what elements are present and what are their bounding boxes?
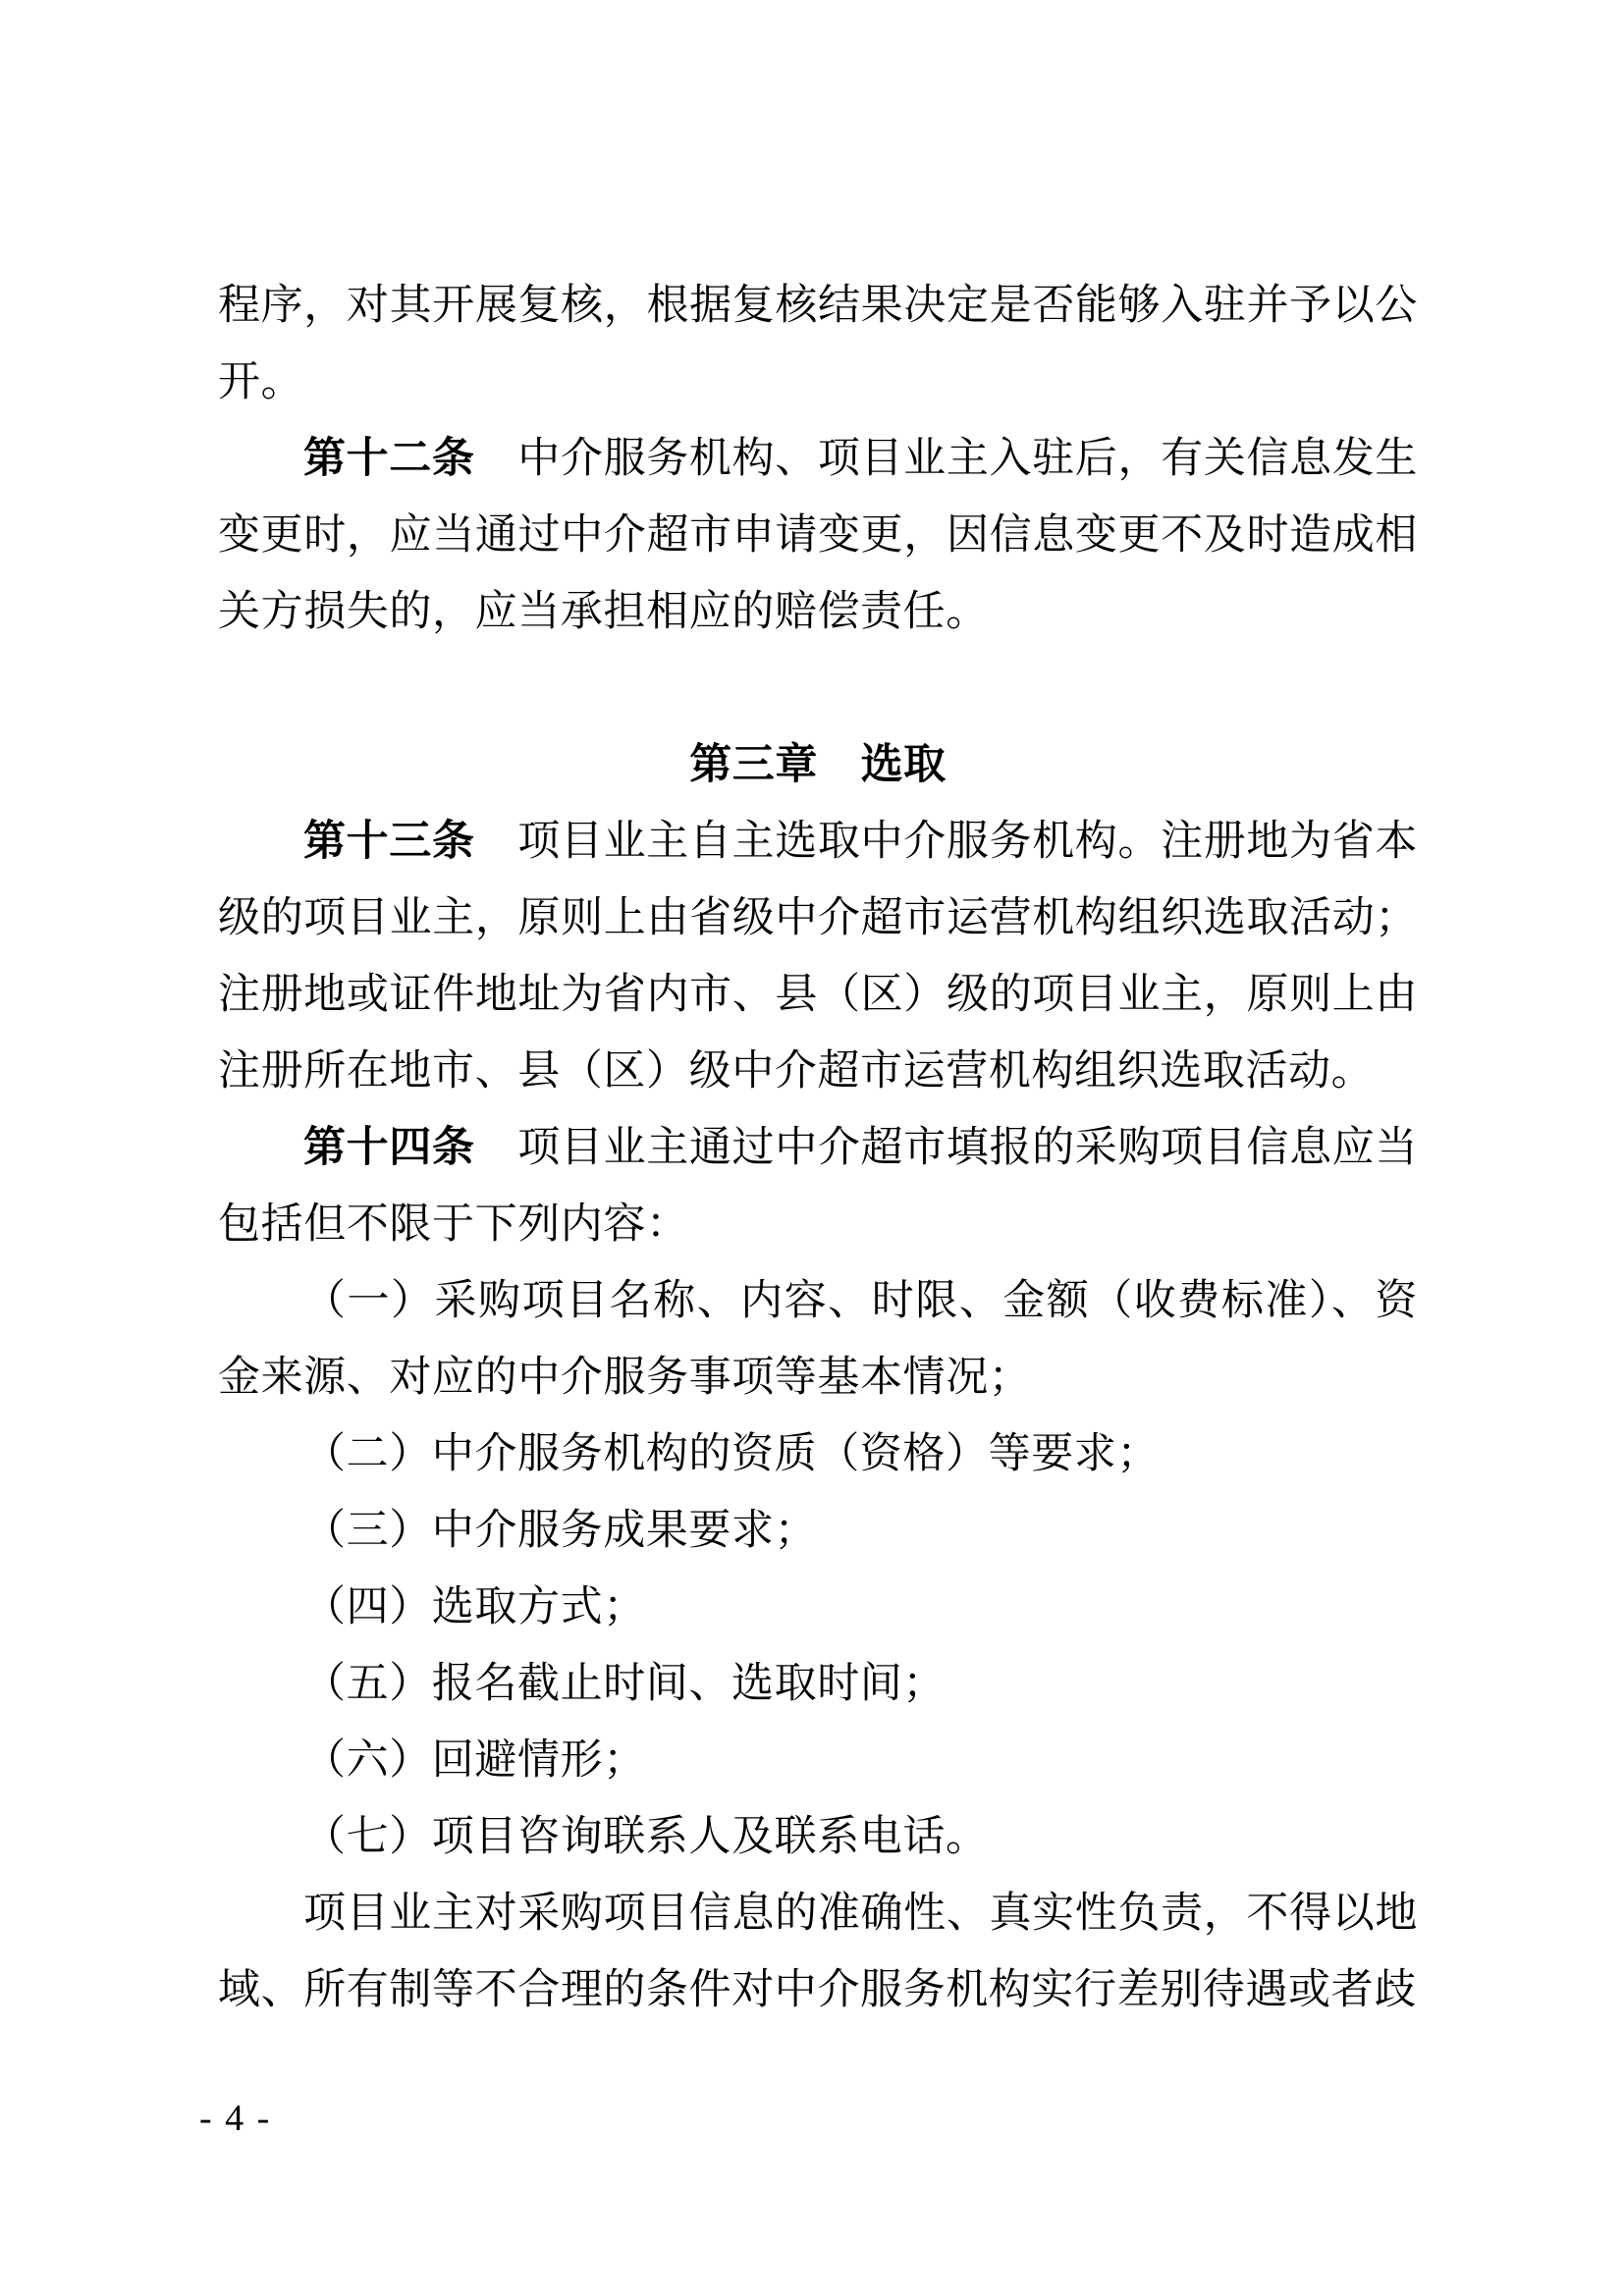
paragraph-text: （四）选取方式； bbox=[303, 1584, 646, 1630]
list-item-1: （一）采购项目名称、内容、时限、金额（收费标准）、资金来源、对应的中介服务事项等… bbox=[218, 1263, 1418, 1416]
chapter-3-heading: 第三章 选取 bbox=[218, 727, 1418, 804]
paragraph-article-12: 第十二条 中介服务机构、项目业主入驻后，有关信息发生变更时，应当通过中介超市申请… bbox=[218, 421, 1418, 651]
paragraph-text: （三）中介服务成果要求； bbox=[303, 1508, 817, 1554]
list-item-5: （五）报名截止时间、选取时间； bbox=[218, 1646, 1418, 1723]
document-body: 程序，对其开展复核，根据复核结果决定是否能够入驻并予以公开。 第十二条 中介服务… bbox=[218, 268, 1418, 2029]
paragraph-text: （六）回避情形； bbox=[303, 1737, 646, 1784]
article-number: 第十三条 bbox=[303, 819, 475, 865]
list-item-7: （七）项目咨询联系人及联系电话。 bbox=[218, 1799, 1418, 1876]
paragraph-text: 项目业主对采购项目信息的准确性、真实性负责，不得以地域、所有制等不合理的条件对中… bbox=[218, 1891, 1418, 2013]
paragraph-article-13: 第十三条 项目业主自主选取中介服务机构。注册地为省本级的项目业主，原则上由省级中… bbox=[218, 804, 1418, 1110]
article-number: 第十二条 bbox=[303, 436, 475, 482]
paragraph-text: （二）中介服务机构的资质（资格）等要求； bbox=[303, 1431, 1160, 1477]
list-item-2: （二）中介服务机构的资质（资格）等要求； bbox=[218, 1416, 1418, 1493]
paragraph-text: （五）报名截止时间、选取时间； bbox=[303, 1661, 946, 1707]
list-item-4: （四）选取方式； bbox=[218, 1570, 1418, 1646]
paragraph-closing: 项目业主对采购项目信息的准确性、真实性负责，不得以地域、所有制等不合理的条件对中… bbox=[218, 1876, 1418, 2029]
paragraph-text: （七）项目咨询联系人及联系电话。 bbox=[303, 1814, 989, 1860]
document-page: 程序，对其开展复核，根据复核结果决定是否能够入驻并予以公开。 第十二条 中介服务… bbox=[0, 0, 1624, 2296]
list-item-3: （三）中介服务成果要求； bbox=[218, 1493, 1418, 1570]
article-number: 第十四条 bbox=[303, 1125, 475, 1171]
page-number: - 4 - bbox=[199, 2097, 271, 2140]
list-item-6: （六）回避情形； bbox=[218, 1723, 1418, 1799]
paragraph-text: 程序，对其开展复核，根据复核结果决定是否能够入驻并予以公开。 bbox=[218, 283, 1418, 405]
paragraph-article-14: 第十四条 项目业主通过中介超市填报的采购项目信息应当包括但不限于下列内容： bbox=[218, 1110, 1418, 1263]
paragraph-text: （一）采购项目名称、内容、时限、金额（收费标准）、资金来源、对应的中介服务事项等… bbox=[218, 1278, 1418, 1401]
paragraph-continuation: 程序，对其开展复核，根据复核结果决定是否能够入驻并予以公开。 bbox=[218, 268, 1418, 421]
